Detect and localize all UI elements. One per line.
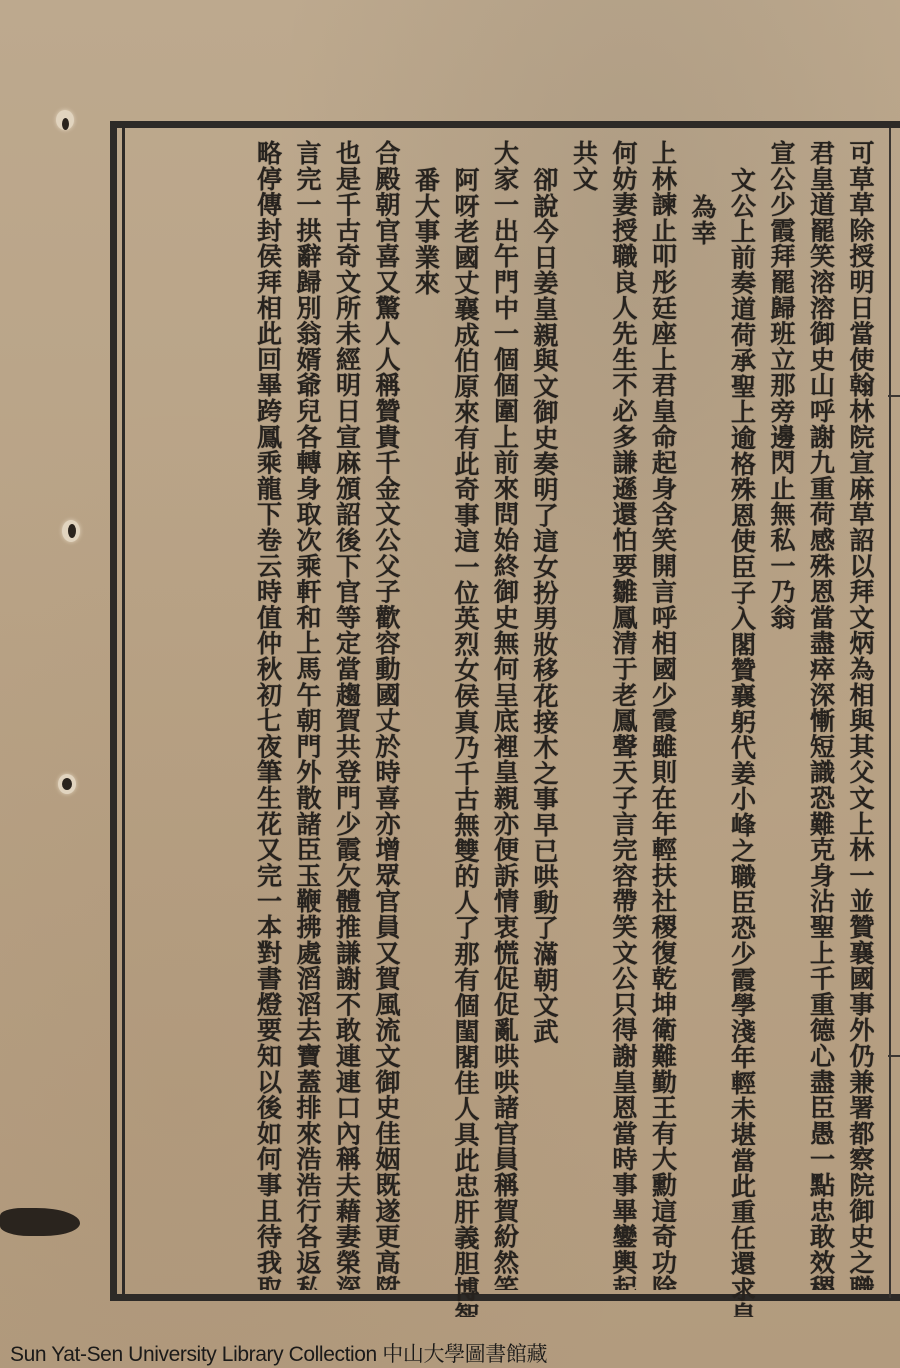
text-column: 番大事業來: [406, 140, 446, 1317]
text-column: 卻說今日姜皇親與文御史奏明了這女扮男妝移花接木之事早已哄動了滿朝文武: [525, 140, 565, 1317]
text-column: 合殿朝官喜又驚人人稱贊貴千金文公父子歡容動國丈於時喜亦增眾官員又賀風流文御史佳姻…: [367, 140, 407, 1290]
fold-marker: [888, 1055, 900, 1057]
binding-hole-shadow: [62, 778, 72, 790]
text-column: 宣公少霞拜罷歸班立那旁邊閃止無私一乃翁: [762, 140, 802, 1290]
fold-marker: [888, 395, 900, 397]
main-text-block: 可草草除授明日當使翰林院宣麻草詔以拜文炳為相與其父文上林一並贊襄國事外仍兼署都察…: [120, 140, 880, 1290]
text-column: 可草草除授明日當使翰林院宣麻草詔以拜文炳為相與其父文上林一並贊襄國事外仍兼署都察…: [841, 140, 881, 1290]
text-column: 為幸: [683, 140, 723, 1344]
text-column: 言完一拱辭歸別翁婿爺兒各轉身取次乘軒和上馬午朝門外散諸臣玉鞭拂處滔滔去寶蓋排來浩…: [288, 140, 328, 1290]
text-column: 大家一出午門中一個個圍上前來問始終御史無何呈底裡皇親亦便訴情衷慌促促亂哄哄諸官員…: [485, 140, 525, 1290]
text-column: 上林諫止叩彤廷座上君皇命起身含笑開言呼相國少霞雖則在年輕扶社稷復乾坤衛難勤王有大…: [643, 140, 683, 1290]
scanned-page: 可草草除授明日當使翰林院宣麻草詔以拜文炳為相與其父文上林一並贊襄國事外仍兼署都察…: [0, 0, 900, 1368]
text-column: 共文: [564, 140, 604, 1290]
binding-hole-shadow: [68, 524, 76, 538]
text-column: 文公上前奏道荷承聖上逾格殊恩使臣子入閣贊襄躬代姜小峰之職臣恐少霞學淺年輕未堪當此…: [722, 140, 762, 1317]
text-column: 阿呀老國丈襄成伯原來有此奇事這一位英烈女侯真乃千古無雙的人了那有個閨閣佳人具此忠…: [446, 140, 486, 1317]
text-column: 何妨妻授職良人先生不必多謙遜還怕要雛鳳清于老鳳聲天子言完容帶笑文公只得謝皇恩當時…: [604, 140, 644, 1290]
library-watermark: Sun Yat-Sen University Library Collectio…: [10, 1338, 547, 1368]
center-fold-rule: [889, 128, 891, 1298]
binding-hole-shadow: [62, 118, 69, 130]
text-column: 也是千古奇文所未經明日宣麻頒詔後下官等定當趨賀共登門少霞欠體推謙謝不敢連連口內稱…: [327, 140, 367, 1290]
text-column: 略停傳封侯拜相此回畢跨鳳乘龍下卷云時值仲秋初七夜筆生花又完一本對書燈要知以後如何…: [248, 140, 288, 1290]
text-column: 君皇道罷笑溶溶御史山呼謝九重荷感殊恩當盡瘁深慚短識恐難克身沾聖上千重德心盡臣愚一…: [801, 140, 841, 1290]
ink-stain: [0, 1208, 80, 1236]
